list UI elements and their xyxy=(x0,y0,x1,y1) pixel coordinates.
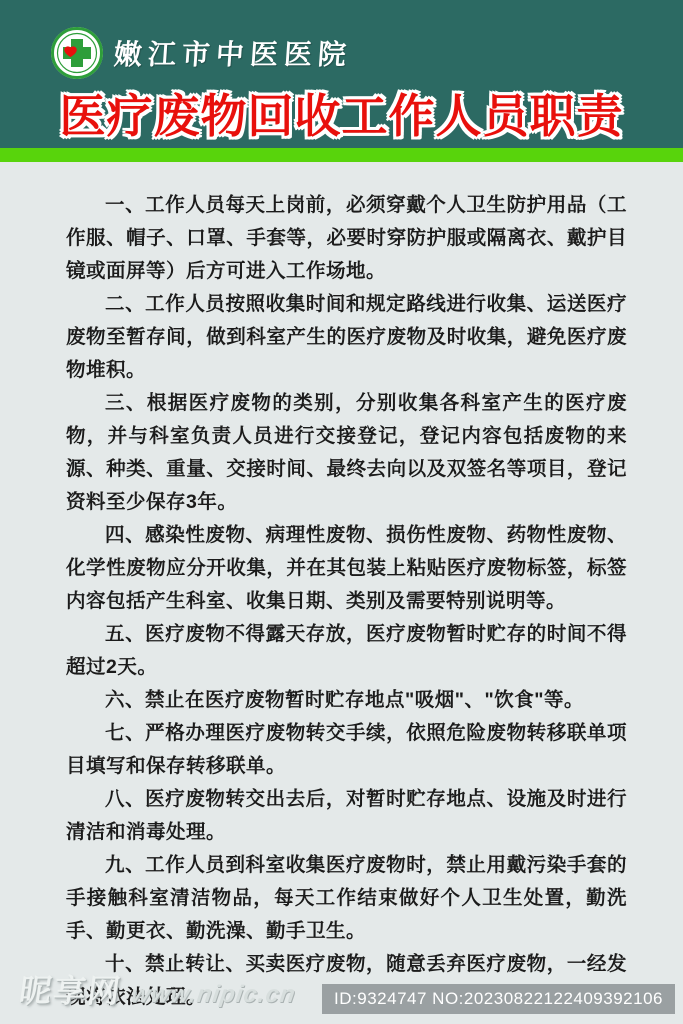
medical-waste-duties-poster: 嫩江市中医医院 医疗废物回收工作人员职责 一、工作人员每天上岗前，必须穿戴个人卫… xyxy=(0,0,683,1024)
duty-paragraph-4: 四、感染性废物、病理性废物、损伤性废物、药物性废物、化学性废物应分开收集，并在其… xyxy=(66,519,627,618)
duty-paragraph-3: 三、根据医疗废物的类别，分别收集各科室产生的医疗废物，并与科室负责人员进行交接登… xyxy=(66,387,627,519)
duty-paragraph-6: 六、禁止在医疗废物暂时贮存地点"吸烟"、"饮食"等。 xyxy=(66,684,627,717)
green-divider-stripe xyxy=(0,148,683,162)
duty-paragraph-8: 八、医疗废物转交出去后，对暂时贮存地点、设施及时进行清洁和消毒处理。 xyxy=(66,783,627,849)
hospital-name: 嫩江市中医医院 xyxy=(113,33,354,73)
watermark-site-name: 昵享网 xyxy=(17,966,125,1012)
watermark-footer: 昵享网 www.nipic.cn ID:9324747 NO:202308221… xyxy=(0,960,683,1024)
poster-header: 嫩江市中医医院 医疗废物回收工作人员职责 xyxy=(0,0,683,148)
duty-paragraph-1: 一、工作人员每天上岗前，必须穿戴个人卫生防护用品（工作服、帽子、口罩、手套等，必… xyxy=(66,189,627,288)
site-watermark: 昵享网 www.nipic.cn xyxy=(17,966,300,1012)
hospital-cross-heart-logo-icon xyxy=(50,26,104,80)
poster-title: 医疗废物回收工作人员职责 xyxy=(0,80,683,146)
duty-paragraph-7: 七、严格办理医疗废物转交手续，依照危险废物转移联单项目填写和保存转移联单。 xyxy=(66,717,627,783)
watermark-site-url: www.nipic.cn xyxy=(129,981,297,1009)
duty-paragraph-2: 二、工作人员按照收集时间和规定路线进行收集、运送医疗废物至暂存间，做到科室产生的… xyxy=(66,288,627,387)
image-id-badge: ID:9324747 NO:20230822122409392106 xyxy=(322,984,675,1014)
duties-list: 一、工作人员每天上岗前，必须穿戴个人卫生防护用品（工作服、帽子、口罩、手套等，必… xyxy=(0,162,683,1014)
duty-paragraph-5: 五、医疗废物不得露天存放，医疗废物暂时贮存的时间不得超过2天。 xyxy=(66,618,627,684)
hospital-identity: 嫩江市中医医院 xyxy=(50,26,352,80)
duty-paragraph-9: 九、工作人员到科室收集医疗废物时，禁止用戴污染手套的手接触科室清洁物品，每天工作… xyxy=(66,849,627,948)
